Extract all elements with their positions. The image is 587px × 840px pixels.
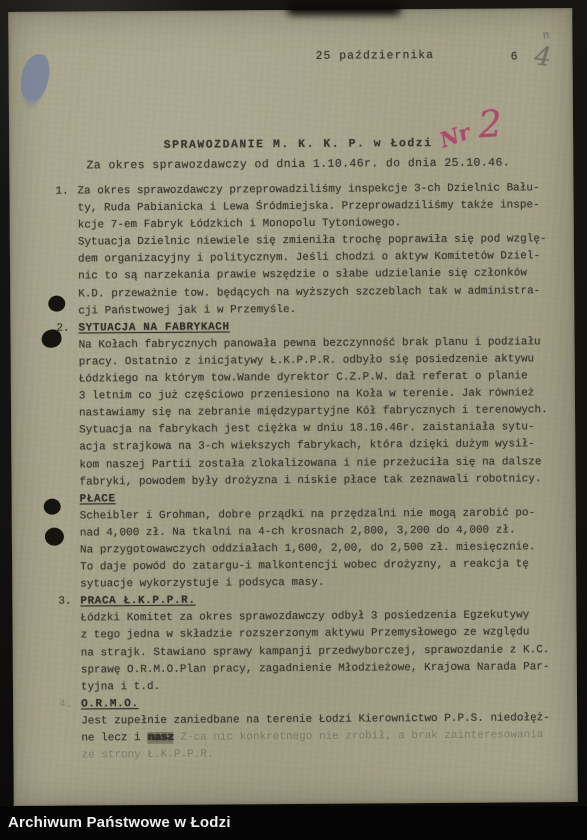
document-date: 25 października bbox=[316, 49, 435, 63]
scan-edge-smudge bbox=[288, 0, 400, 15]
subsection-place: Scheibler i Grohman, dobre prządki na pr… bbox=[58, 505, 551, 594]
section-text: Łódzki Komitet za okres sprawozdawczy od… bbox=[80, 608, 551, 697]
section-text: Scheibler i Grohman, dobre prządki na pr… bbox=[80, 505, 551, 594]
section-2: Na Kołach fabrycznych panowała pewna bez… bbox=[57, 334, 550, 491]
section-number: 3. bbox=[58, 594, 80, 611]
scanned-document-page: 25 października 6 n 4 Nr 2 SPRAWOZDANIE … bbox=[0, 0, 587, 840]
blue-ink-blot bbox=[19, 52, 52, 103]
page-number-handwritten: 4 bbox=[533, 42, 552, 73]
overstruck-word: nasz bbox=[147, 732, 173, 744]
section-text: Na Kołach fabrycznych panowała pewna bez… bbox=[79, 334, 550, 491]
document-title-block: SPRAWOZDANIE M. K. K. P. w Łodzi Za okre… bbox=[55, 136, 541, 172]
section-number: 4. bbox=[59, 696, 81, 713]
page-header: 25 października 6 n 4 bbox=[9, 48, 573, 52]
section-number: 1. bbox=[55, 183, 78, 320]
section-1: 1. Za okres sprawozdawczy przeprowadzili… bbox=[55, 180, 548, 320]
archive-watermark: Archiwum Państwowe w Łodzi bbox=[8, 814, 231, 831]
section-number: 2. bbox=[56, 320, 78, 337]
section-text: Za okres sprawozdawczy przeprowadziliśmy… bbox=[77, 180, 548, 320]
page-number-typed: 6 bbox=[511, 50, 518, 63]
pencil-squiggle-mark: n bbox=[541, 28, 551, 42]
section-3: Łódzki Komitet za okres sprawozdawczy od… bbox=[58, 608, 551, 697]
paper-sheet: 25 października 6 n 4 Nr 2 SPRAWOZDANIE … bbox=[8, 8, 578, 806]
section-4: Jest zupełnie zaniedbane na terenie Łodz… bbox=[59, 710, 551, 765]
document-subtitle: Za okres sprawozdawczy od dnia 1.10.46r.… bbox=[55, 156, 541, 172]
document-title: SPRAWOZDANIE M. K. K. P. w Łodzi bbox=[55, 136, 541, 152]
document-body: 1. Za okres sprawozdawczy przeprowadzili… bbox=[55, 180, 551, 765]
archive-caption-bar: Archiwum Państwowe w Łodzi bbox=[0, 806, 587, 840]
section-text: Jest zupełnie zaniedbane na terenie Łodz… bbox=[81, 710, 551, 765]
